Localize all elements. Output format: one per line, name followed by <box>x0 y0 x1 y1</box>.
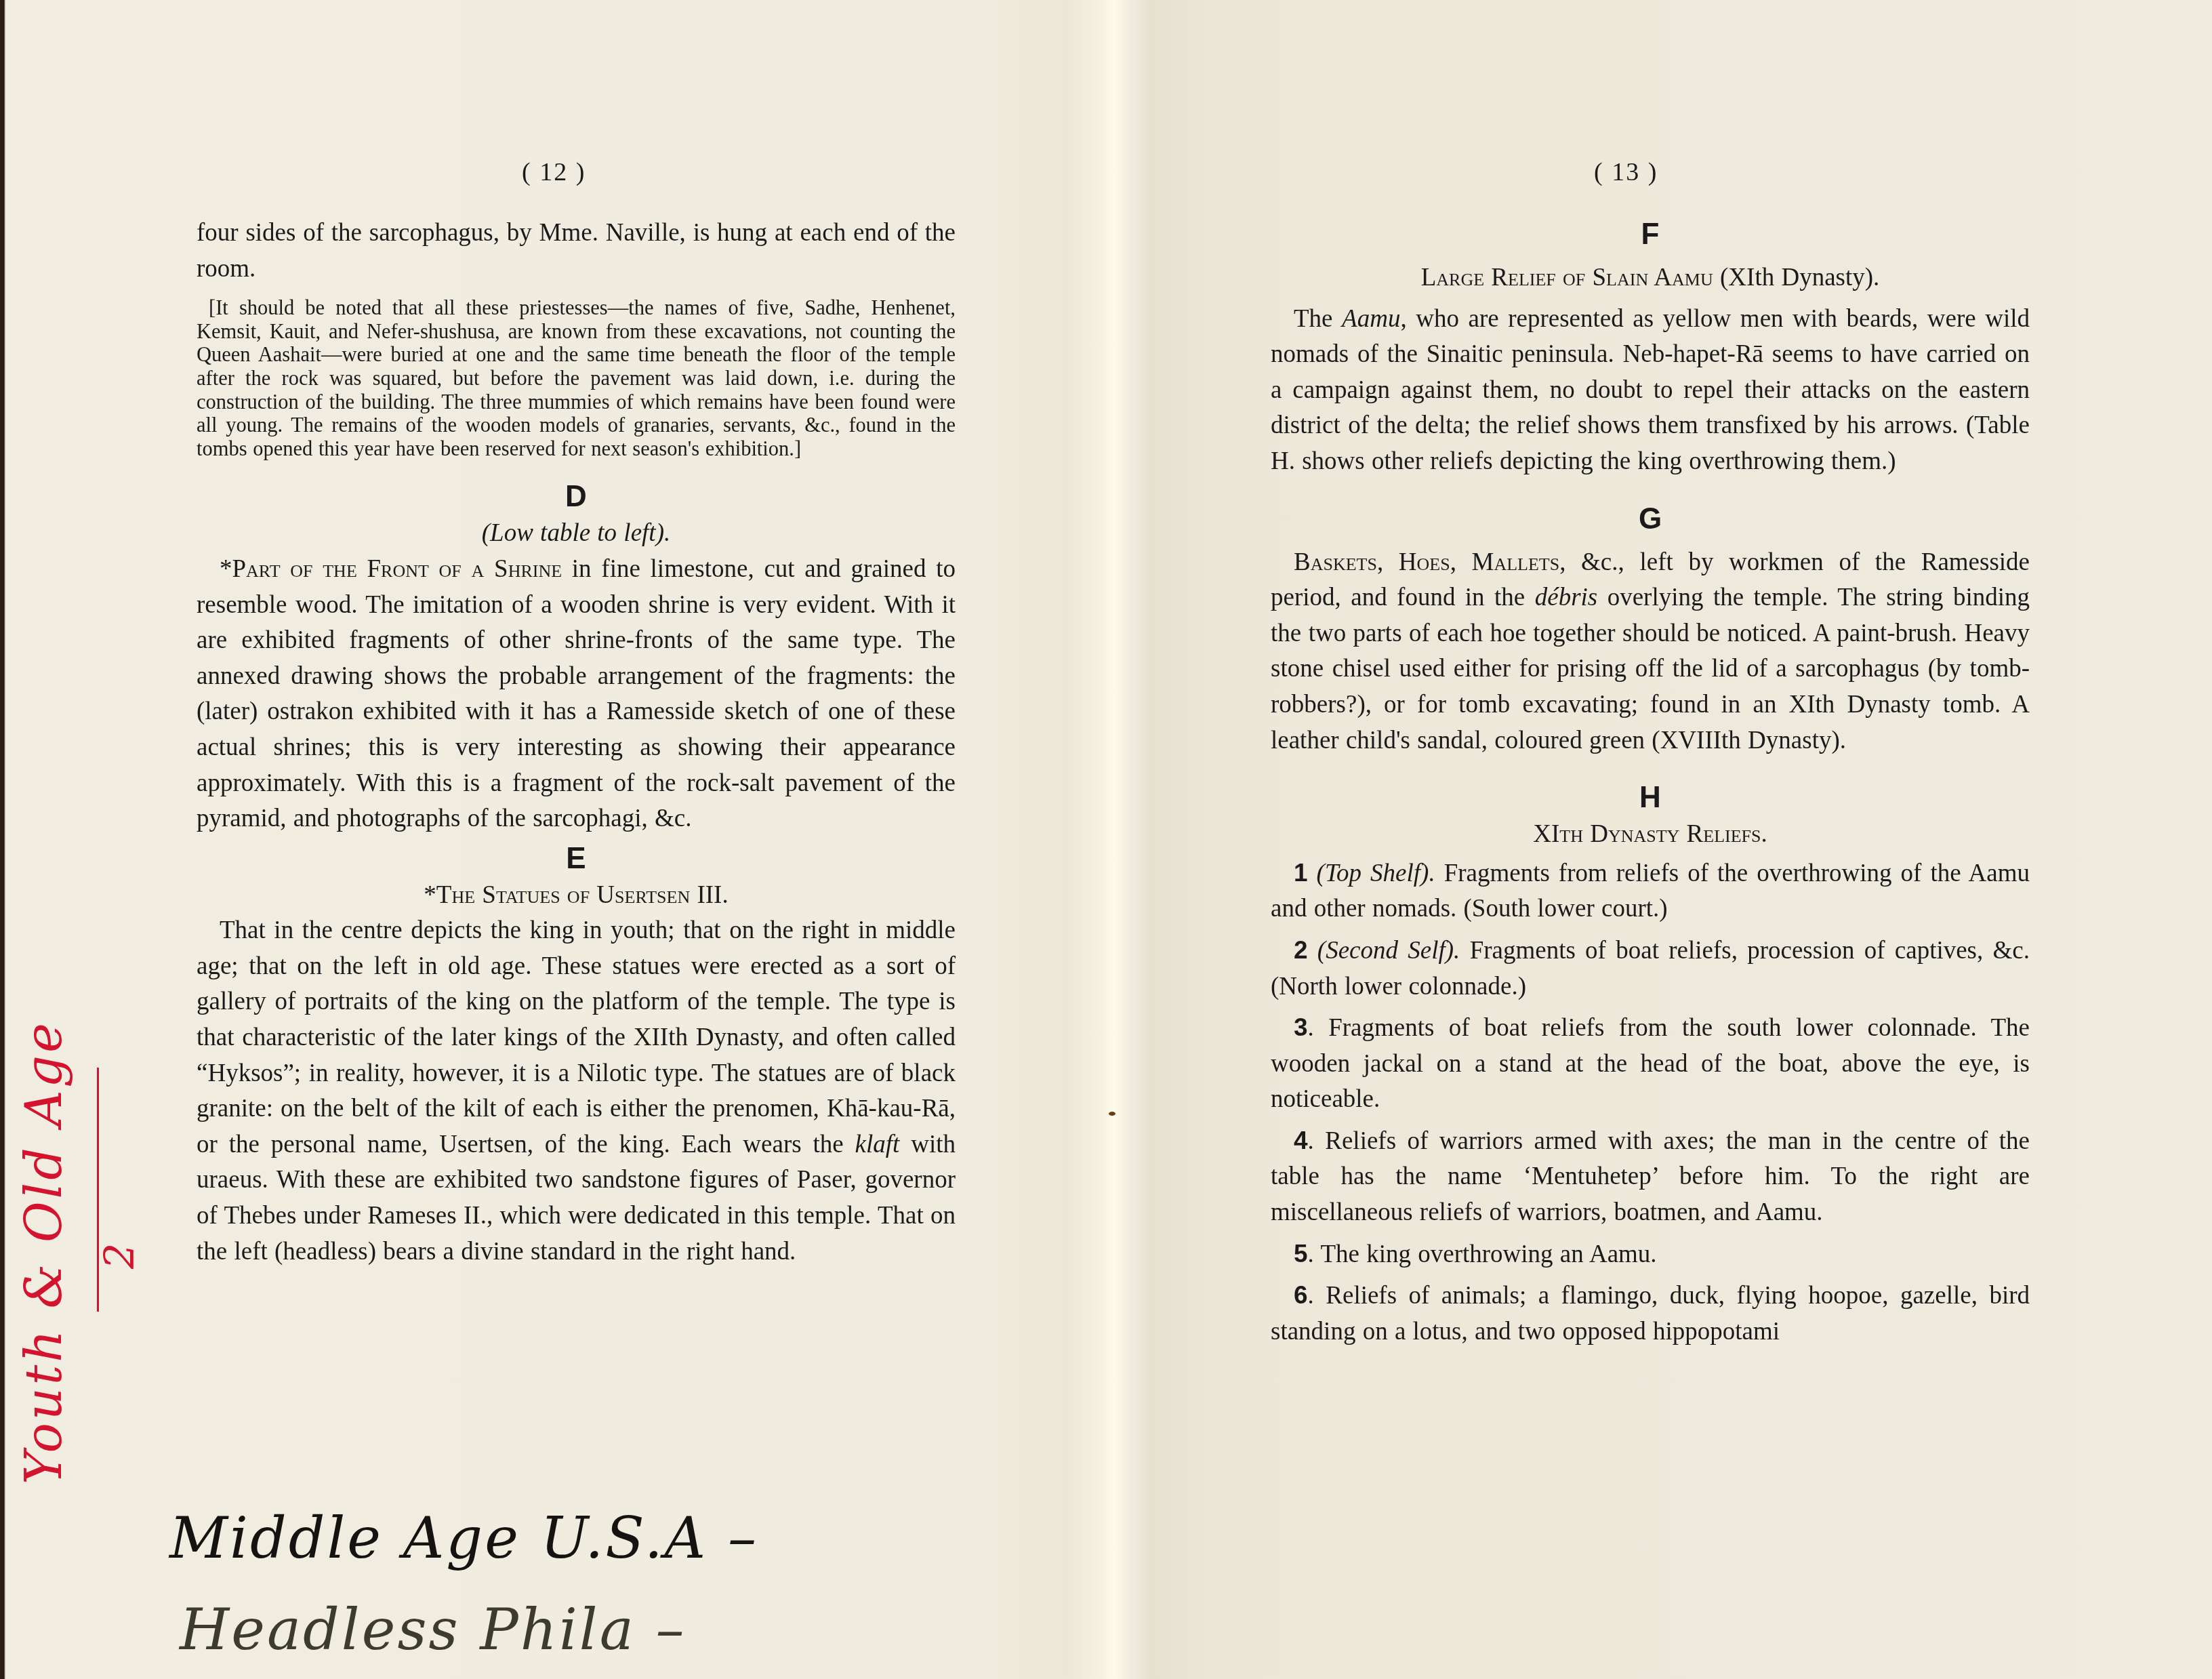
section-d-lead: *Part of the Front of a Shrine <box>220 555 562 583</box>
section-h-item-4: 4. Reliefs of warriors armed with axes; … <box>1271 1123 2030 1231</box>
item-text: . Fragments of boat reliefs from the sou… <box>1271 1014 2030 1113</box>
book-spread: ( 12 ) four sides of the sarcophagus, by… <box>0 0 2212 1679</box>
item-number: 5 <box>1294 1240 1308 1268</box>
section-f-lead: The <box>1294 305 1342 333</box>
section-f-letter: F <box>1271 216 2030 254</box>
section-f-italic: Aamu <box>1342 305 1400 333</box>
item-location: (Second Self). <box>1317 937 1460 965</box>
item-text: . Reliefs of animals; a flamingo, duck, … <box>1271 1282 2030 1346</box>
handwritten-note-2: Headless Phila – <box>180 1596 686 1663</box>
section-d-body: in fine limestone, cut and grained to re… <box>197 555 956 832</box>
intro-paragraph: four sides of the sarcophagus, by Mme. N… <box>197 216 956 287</box>
section-h-letter: H <box>1271 779 2030 817</box>
item-number: 6 <box>1294 1281 1308 1309</box>
red-margin-mark: 2 <box>96 1243 144 1269</box>
section-f-paragraph: The Aamu, who are represented as yellow … <box>1271 302 2030 480</box>
section-g-letter: G <box>1271 500 2030 538</box>
item-text: . Reliefs of warriors armed with axes; t… <box>1271 1127 2030 1226</box>
section-g-lead: Baskets, Hoes, Mallets, <box>1294 548 1565 576</box>
left-page: ( 12 ) four sides of the sarcophagus, by… <box>0 0 1111 1679</box>
section-d-paragraph: *Part of the Front of a Shrine in fine l… <box>197 552 956 837</box>
section-g-paragraph: Baskets, Hoes, Mallets, &c., left by wor… <box>1271 545 2030 759</box>
item-number: 3 <box>1294 1013 1308 1041</box>
section-e-paragraph: That in the centre depicts the king in y… <box>197 913 956 1270</box>
red-margin-line <box>97 1068 99 1312</box>
section-h-title: XIth Dynasty Reliefs. <box>1271 817 2030 853</box>
red-margin-annotation: Youth & Old Age <box>15 1024 69 1484</box>
item-text: . The king overthrowing an Aamu. <box>1308 1240 1657 1268</box>
section-h-item-3: 3. Fragments of boat reliefs from the so… <box>1271 1010 2030 1118</box>
section-e-title: *The Statues of Usertsen III. <box>197 878 956 914</box>
priestesses-note: [It should be noted that all these pries… <box>197 296 956 460</box>
section-f-title: Large Relief of Slain Aamu (XIth Dynasty… <box>1271 260 2030 296</box>
item-number: 4 <box>1294 1127 1308 1154</box>
section-h-item-6: 6. Reliefs of animals; a flamingo, duck,… <box>1271 1278 2030 1350</box>
page-number-right: ( 13 ) <box>1594 157 1658 187</box>
section-f-title-rest: (XIth Dynasty). <box>1713 264 1880 291</box>
section-e-body-1: That in the centre depicts the king in y… <box>197 916 956 1158</box>
section-f-title-caps: Large Relief of Slain Aamu <box>1421 264 1713 291</box>
section-e-letter: E <box>197 840 956 878</box>
section-g-italic: débris <box>1535 584 1598 611</box>
section-d-subtitle: (Low table to left). <box>197 516 956 552</box>
left-page-body: four sides of the sarcophagus, by Mme. N… <box>197 216 956 1270</box>
page-number-left: ( 12 ) <box>522 157 586 187</box>
section-h-item-5: 5. The king overthrowing an Aamu. <box>1271 1236 2030 1273</box>
section-e-italic: klaft <box>855 1131 900 1158</box>
section-h-item-1: 1 (Top Shelf). Fragments from reliefs of… <box>1271 855 2030 927</box>
handwritten-note-1: Middle Age U.S.A – <box>169 1505 758 1571</box>
item-number: 1 <box>1294 859 1308 887</box>
section-d-letter: D <box>197 478 956 516</box>
right-page-body: F Large Relief of Slain Aamu (XIth Dynas… <box>1271 216 2030 1350</box>
item-location: (Top Shelf). <box>1317 859 1435 887</box>
item-number: 2 <box>1294 936 1308 964</box>
section-h-item-2: 2 (Second Self). Fragments of boat relie… <box>1271 933 2030 1005</box>
